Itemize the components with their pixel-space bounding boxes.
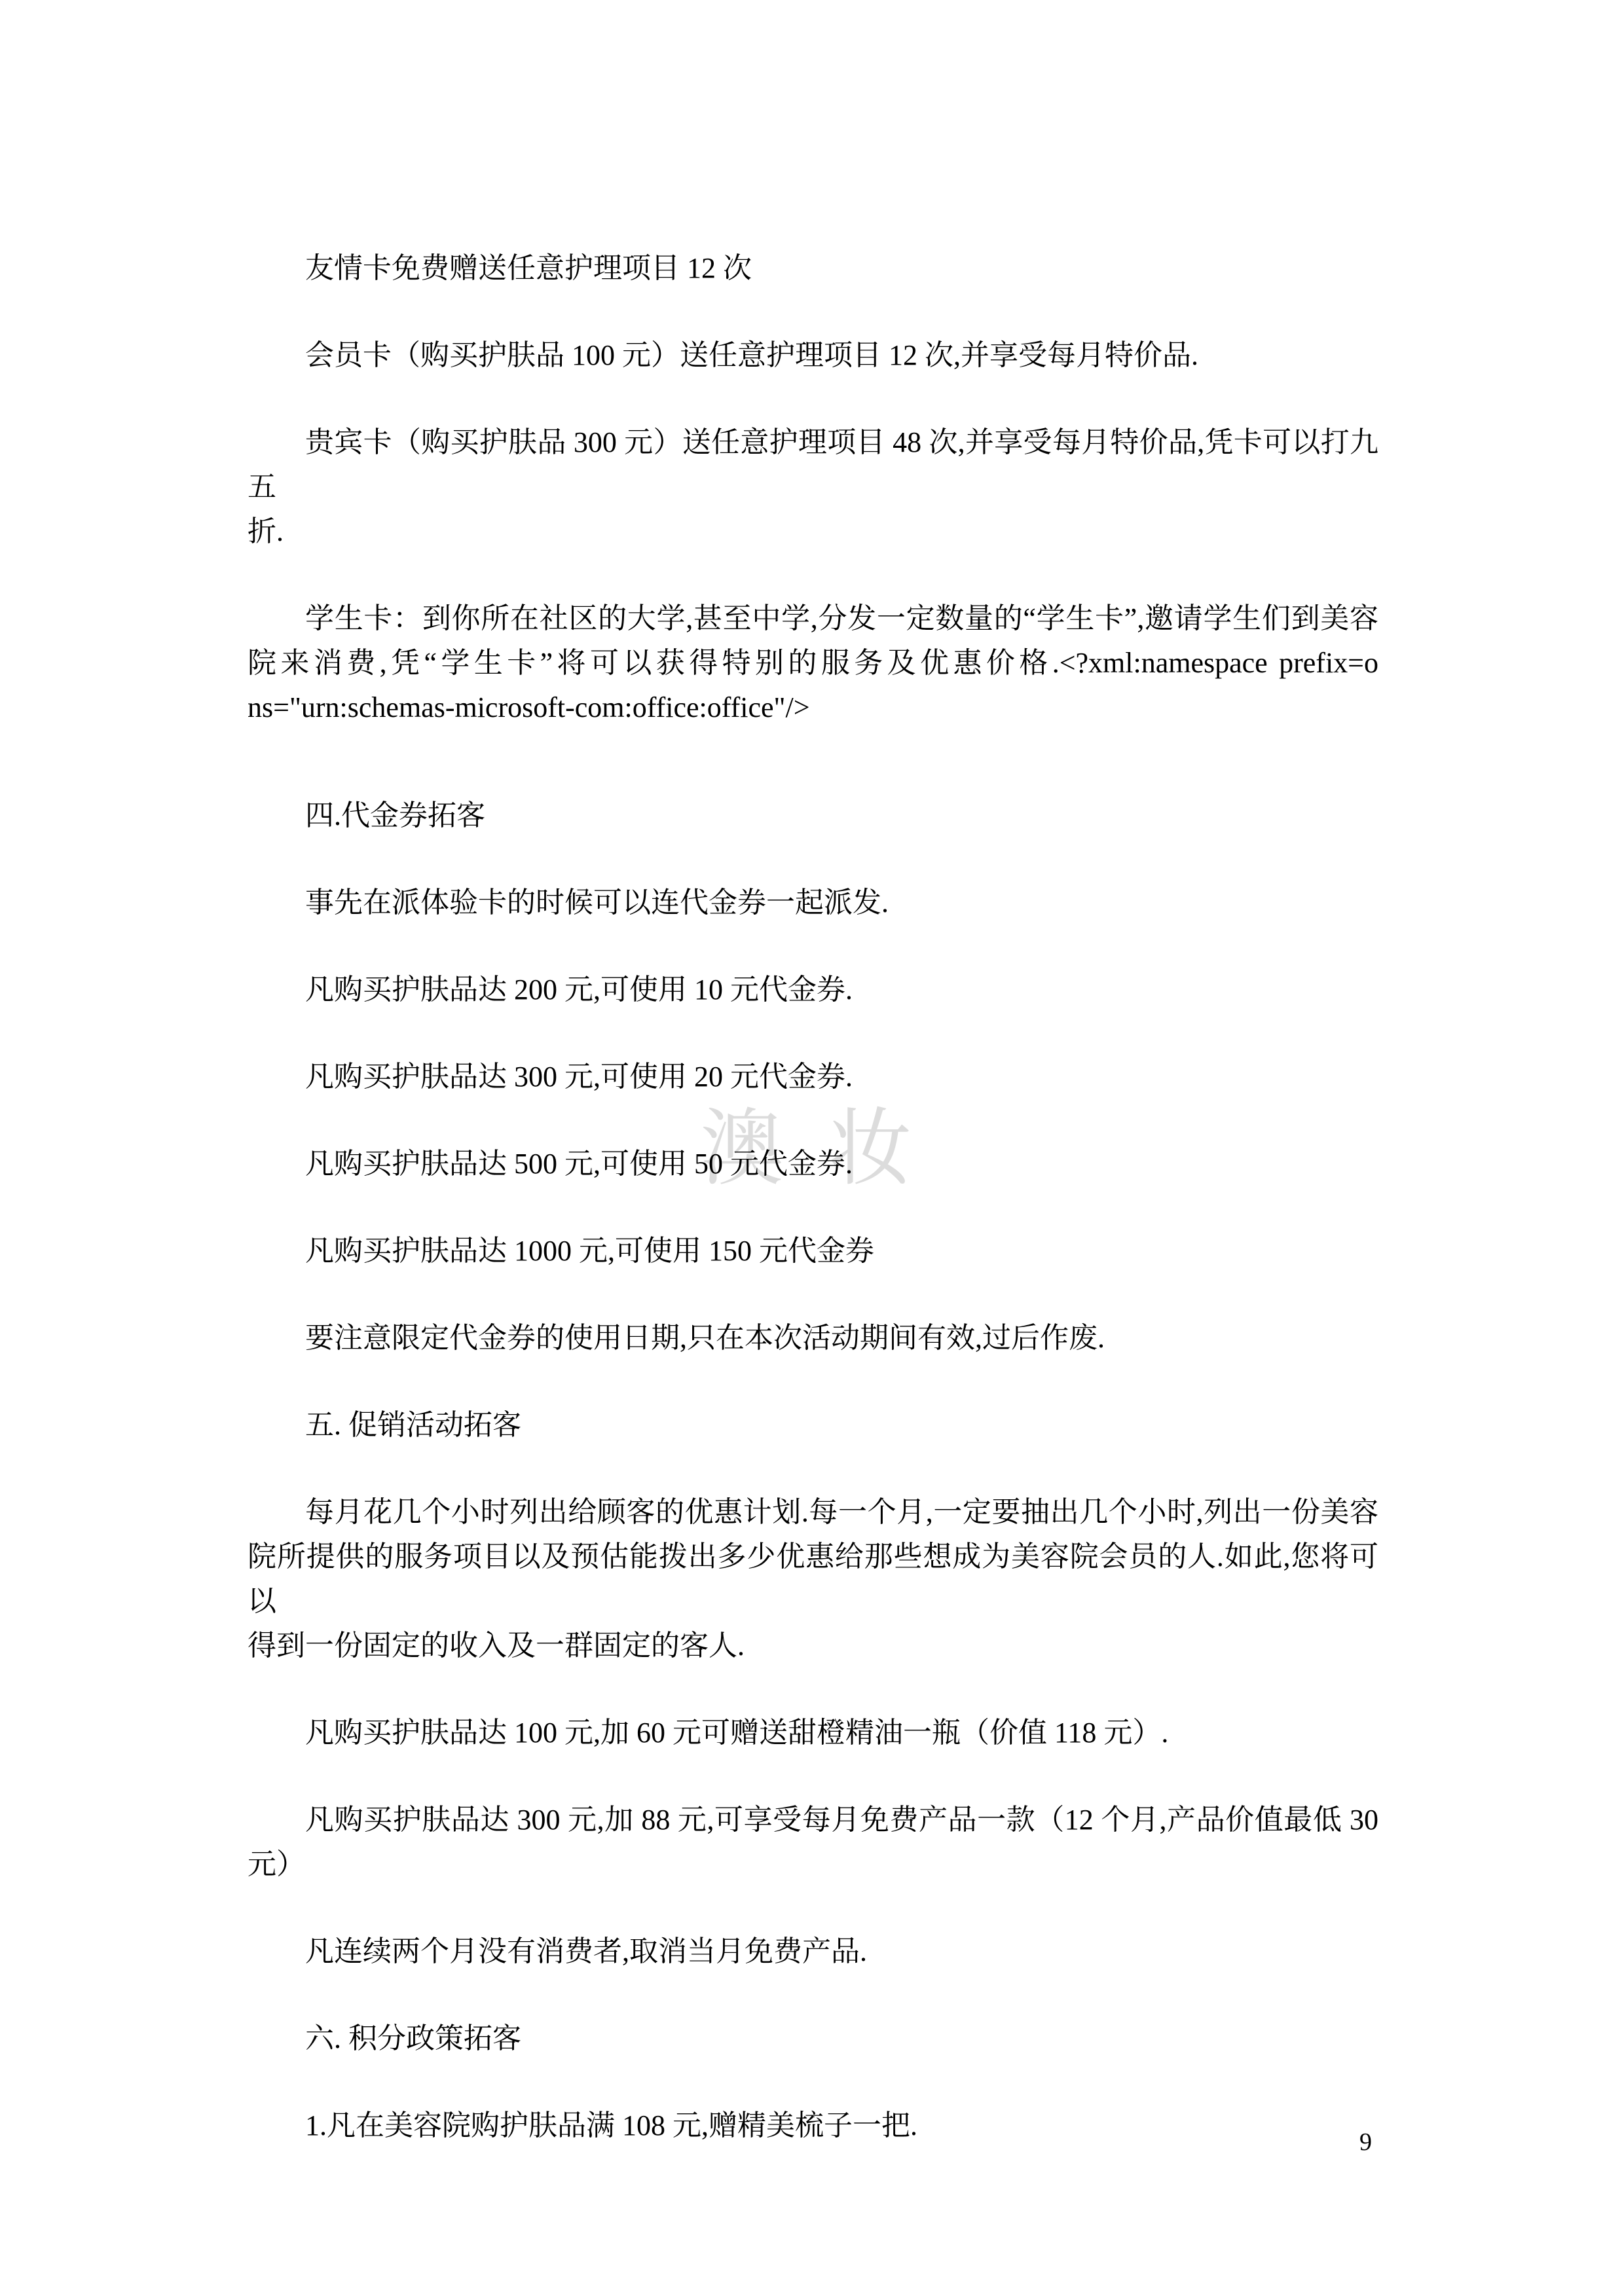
paragraph-student-card: 学生卡：到你所在社区的大学,甚至中学,分发一定数量的“学生卡”,邀请学生们到美容… xyxy=(248,596,1378,730)
section-heading-promotion: 五. 促销活动拓客 xyxy=(248,1403,1378,1448)
section-heading-points: 六. 积分政策拓客 xyxy=(248,2016,1378,2061)
section-heading-coupon: 四.代金券拓客 xyxy=(248,793,1378,838)
text-line: 得到一份固定的收入及一群固定的客人. xyxy=(248,1624,1378,1668)
text-line: 友情卡免费赠送任意护理项目 12 次 xyxy=(248,246,1378,291)
text-line: 贵宾卡（购买护肤品 300 元）送任意护理项目 48 次,并享受每月特价品,凭卡… xyxy=(248,420,1378,509)
paragraph-coupon-200: 凡购买护肤品达 200 元,可使用 10 元代金券. xyxy=(248,968,1378,1012)
text-line: 学生卡：到你所在社区的大学,甚至中学,分发一定数量的“学生卡”,邀请学生们到美容 xyxy=(248,596,1378,641)
paragraph-coupon-validity: 要注意限定代金券的使用日期,只在本次活动期间有效,过后作废. xyxy=(248,1316,1378,1360)
paragraph-member-card: 会员卡（购买护肤品 100 元）送任意护理项目 12 次,并享受每月特价品. xyxy=(248,333,1378,378)
text-line: 每月花几个小时列出给顾客的优惠计划.每一个月,一定要抽出几个小时,列出一份美容 xyxy=(248,1490,1378,1535)
text-line: 六. 积分政策拓客 xyxy=(248,2016,1378,2061)
text-line: 凡连续两个月没有消费者,取消当月免费产品. xyxy=(248,1929,1378,1974)
document-body: 友情卡免费赠送任意护理项目 12 次 会员卡（购买护肤品 100 元）送任意护理… xyxy=(248,246,1378,2191)
text-line: 折. xyxy=(248,509,1378,554)
document-page: 澳 妆 友情卡免费赠送任意护理项目 12 次 会员卡（购买护肤品 100 元）送… xyxy=(0,0,1624,2296)
paragraph-promotion-plan: 每月花几个小时列出给顾客的优惠计划.每一个月,一定要抽出几个小时,列出一份美容 … xyxy=(248,1490,1378,1668)
text-line: 凡购买护肤品达 200 元,可使用 10 元代金券. xyxy=(248,968,1378,1012)
paragraph-coupon-intro: 事先在派体验卡的时候可以连代金券一起派发. xyxy=(248,881,1378,925)
paragraph-points-rule-1: 1.凡在美容院购护肤品满 108 元,赠精美梳子一把. xyxy=(248,2104,1378,2148)
paragraph-promo-300: 凡购买护肤品达 300 元,加 88 元,可享受每月免费产品一款（12 个月,产… xyxy=(248,1798,1378,1887)
text-line: 要注意限定代金券的使用日期,只在本次活动期间有效,过后作废. xyxy=(248,1316,1378,1360)
paragraph-promo-100: 凡购买护肤品达 100 元,加 60 元可赠送甜橙精油一瓶（价值 118 元）. xyxy=(248,1711,1378,1755)
text-line: 凡购买护肤品达 300 元,可使用 20 元代金券. xyxy=(248,1055,1378,1099)
paragraph-vip-card: 贵宾卡（购买护肤品 300 元）送任意护理项目 48 次,并享受每月特价品,凭卡… xyxy=(248,420,1378,554)
paragraph-coupon-500: 凡购买护肤品达 500 元,可使用 50 元代金券. xyxy=(248,1142,1378,1186)
text-line: 凡购买护肤品达 300 元,加 88 元,可享受每月免费产品一款（12 个月,产… xyxy=(248,1798,1378,1842)
paragraph-coupon-300: 凡购买护肤品达 300 元,可使用 20 元代金券. xyxy=(248,1055,1378,1099)
text-line: ns="urn:schemas-microsoft-com:office:off… xyxy=(248,685,1378,730)
text-line: 元） xyxy=(248,1842,1378,1887)
paragraph-coupon-1000: 凡购买护肤品达 1000 元,可使用 150 元代金券 xyxy=(248,1229,1378,1273)
text-line: 会员卡（购买护肤品 100 元）送任意护理项目 12 次,并享受每月特价品. xyxy=(248,333,1378,378)
text-line: 四.代金券拓客 xyxy=(248,793,1378,838)
text-line: 院所提供的服务项目以及预估能拨出多少优惠给那些想成为美容院会员的人.如此,您将可… xyxy=(248,1535,1378,1624)
paragraph-promo-cancel: 凡连续两个月没有消费者,取消当月免费产品. xyxy=(248,1929,1378,1974)
page-number: 9 xyxy=(1359,2128,1372,2157)
text-line: 院来消费,凭“学生卡”将可以获得特别的服务及优惠价格.<?xml:namespa… xyxy=(248,641,1378,685)
text-line: 凡购买护肤品达 500 元,可使用 50 元代金券. xyxy=(248,1142,1378,1186)
text-line: 凡购买护肤品达 1000 元,可使用 150 元代金券 xyxy=(248,1229,1378,1273)
text-line: 1.凡在美容院购护肤品满 108 元,赠精美梳子一把. xyxy=(248,2104,1378,2148)
paragraph-friendship-card: 友情卡免费赠送任意护理项目 12 次 xyxy=(248,246,1378,291)
text-line: 五. 促销活动拓客 xyxy=(248,1403,1378,1448)
text-line: 事先在派体验卡的时候可以连代金券一起派发. xyxy=(248,881,1378,925)
text-line: 凡购买护肤品达 100 元,加 60 元可赠送甜橙精油一瓶（价值 118 元）. xyxy=(248,1711,1378,1755)
